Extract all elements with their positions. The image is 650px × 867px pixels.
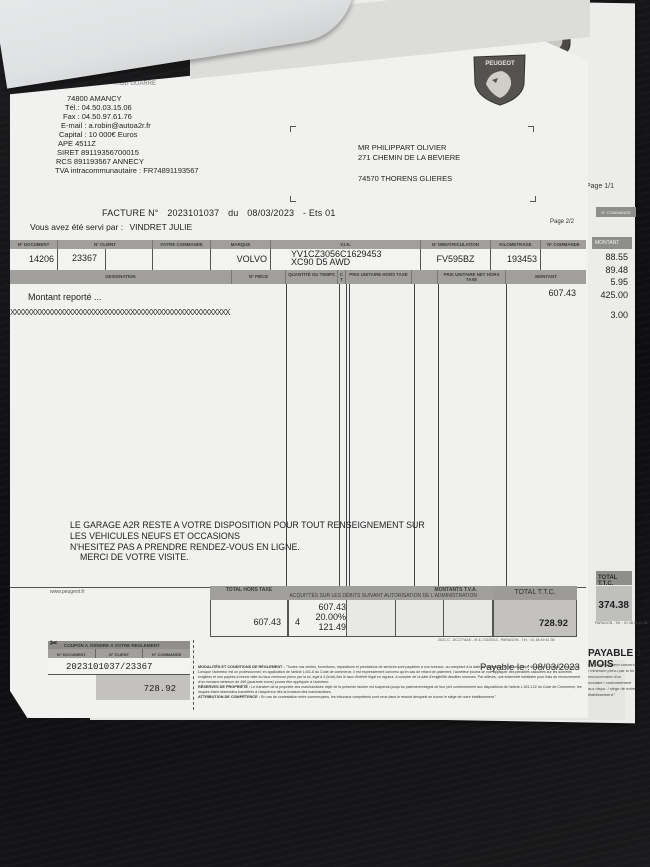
seller-ape: APE 4511Z	[58, 139, 199, 148]
message-line: N'HESITEZ PAS A PRENDRE RENDEZ-VOUS EN L…	[70, 542, 425, 553]
header-montant: MONTANT	[506, 270, 586, 284]
window-corner-mark	[290, 126, 296, 132]
coupon-header-client: N° CLIENT	[96, 649, 144, 658]
coupon-title-text: COUPON A JOINDRE A VOTRE REGLEMENT	[64, 643, 160, 648]
cell-client: 23367	[58, 249, 106, 270]
lines-table-header: DESIGNATION N° PIÈCE QUANTITÉ OU TEMPS C…	[10, 270, 586, 284]
back-header-commande: N° COMMANDE	[596, 207, 636, 217]
header-designation: DESIGNATION	[10, 270, 232, 284]
vehicle-table-header: N° DOCUMENT N° CLIENT VOTRE COMMANDE MAR…	[10, 240, 586, 249]
seller-email: E-mail : a.robin@autoa2r.fr	[61, 121, 199, 130]
tva-block: MONTANTS T.V.A. acquittés sur les débits…	[288, 586, 493, 636]
invoice-number: 2023101037	[167, 208, 219, 218]
montant-reporte-label: Montant reporté ...	[28, 292, 102, 302]
total-ttc-value: 728.92	[493, 600, 577, 637]
window-corner-mark	[530, 196, 536, 202]
total-ht-value: 607.43	[210, 600, 288, 637]
served-by-name: VINDRET JULIE	[129, 222, 192, 232]
seller-address: ...DU GUARRE 74800 AMANCY Tél.: 04.50.03…	[55, 94, 199, 175]
tva-sublabel: acquittés sur les débits suivant autoris…	[288, 594, 477, 600]
seller-rcs: RCS 891193567 ANNECY	[56, 157, 199, 166]
cell-marque: VOLVO	[211, 249, 271, 270]
back-amounts-list: 88.55 89.48 5.95 425.00 3.00	[598, 252, 628, 323]
invoice-title: FACTURE N° 2023101037 du 08/03/2023 - Et…	[102, 208, 342, 218]
back-form-code: PARAGON - Tél. : 01 48 49 41 36	[595, 621, 647, 625]
invoice-page: ...DU GUARRE 74800 AMANCY Tél.: 04.50.03…	[10, 40, 588, 718]
payment-coupon: ✂ COUPON A JOINDRE A VOTRE REGLEMENT N° …	[48, 641, 190, 700]
website-link[interactable]: www.peugeot.fr	[50, 589, 84, 595]
modalites-title: MODALITÉS ET CONDITIONS DE RÈGLEMENT :	[198, 665, 285, 669]
client-name: MR PHILIPPART OLIVIER	[358, 143, 460, 153]
client-address: MR PHILIPPART OLIVIER 271 CHEMIN DE LA B…	[358, 143, 460, 184]
page-number: Page 2/2	[550, 219, 574, 225]
svg-text:PEUGEOT: PEUGEOT	[485, 61, 515, 67]
cell-kilometrage: 193453	[491, 249, 541, 270]
cell-immatriculation: FV595BZ	[421, 249, 491, 270]
attribution-title: ATTRIBUTION DE COMPÉTENCE :	[198, 695, 260, 699]
tva-amount: 121.49	[309, 622, 346, 632]
cell-votre-commande	[153, 249, 211, 270]
seller-capital: Capital : 10 000€ Euros	[59, 130, 199, 139]
header-votre-commande: VOTRE COMMANDE	[153, 240, 211, 249]
window-corner-mark	[528, 126, 534, 132]
tva-base: 607.43	[309, 602, 346, 612]
header-commande: N° COMMANDE	[541, 240, 586, 249]
header-ct: C T	[338, 270, 346, 284]
payment-conditions: MODALITÉS ET CONDITIONS DE RÈGLEMENT : "…	[198, 665, 586, 700]
message-line: LES VEHICULES NEUFS ET OCCASIONS	[70, 531, 425, 542]
total-ttc-block: TOTAL T.T.C. 728.92	[493, 586, 577, 636]
back-total-ttc-value: 374.38	[596, 586, 632, 621]
message-line: MERCI DE VOTRE VISITE.	[80, 552, 425, 563]
tva-rate: 20.00%	[309, 612, 346, 622]
seller-city: 74800 AMANCY	[67, 94, 199, 103]
back-amount: 88.55	[598, 252, 628, 265]
cell-commande	[541, 249, 586, 270]
client-street: 271 CHEMIN DE LA BEVIERE	[358, 153, 460, 163]
header-prix-net: PRIX UNITAIRE NET HORS TAXE	[438, 270, 506, 284]
coupon-amount: 728.92	[96, 675, 190, 700]
invoice-label: FACTURE N°	[102, 208, 159, 218]
vehicle-info-table: N° DOCUMENT N° CLIENT VOTRE COMMANDE MAR…	[10, 240, 586, 271]
seller-siret: SIRET 89119356700015	[57, 148, 199, 157]
total-ht-label: TOTAL HORS TAXE	[210, 586, 288, 600]
back-amount: 3.00	[598, 310, 628, 323]
header-piece: N° PIÈCE	[232, 270, 286, 284]
message-line: LE GARAGE A2R RESTE A VOTRE DISPOSITION …	[70, 520, 425, 531]
back-header-montant: MONTANT	[592, 237, 632, 249]
cut-line	[193, 640, 194, 710]
montant-reporte-value: 607.43	[548, 288, 576, 298]
cell-document: 14206	[10, 249, 58, 270]
back-amount: 89.48	[598, 265, 628, 278]
filler-line: XXXXXXXXXXXXXXXXXXXXXXXXXXXXXXXXXXXXXXXX…	[10, 308, 229, 317]
header-kilometrage: KILOMETRAGE	[491, 240, 541, 249]
coupon-header: N° DOCUMENT N° CLIENT N° COMMANDE	[48, 649, 190, 658]
tva-values: 4 607.43 20.00% 121.49	[288, 600, 493, 637]
coupon-reference: 2023101037/23367	[48, 658, 190, 675]
coupon-header-commande: N° COMMANDE	[143, 649, 190, 658]
invoice-date: 08/03/2023	[247, 208, 294, 218]
total-ttc-label: TOTAL T.T.C.	[493, 586, 577, 600]
client-city: 74570 THORENS GLIERES	[358, 174, 460, 184]
vehicle-model: XC90 D5 AWD	[291, 258, 417, 266]
header-vin: V.I.N.	[271, 240, 421, 249]
scissors-icon: ✂	[50, 638, 58, 649]
attribution-text: En cas de contestation entre commerçants…	[261, 695, 496, 699]
served-by: Vous avez été servi par : VINDRET JULIE	[30, 222, 192, 232]
back-page-number: Page 1/1	[586, 183, 614, 190]
invoice-establishment: - Ets 01	[303, 208, 336, 218]
back-amount: 5.95	[598, 277, 628, 290]
seller-tel: Tél.: 04.50.03.15.06	[65, 103, 199, 112]
back-amount: 425.00	[598, 290, 628, 303]
total-ht-block: TOTAL HORS TAXE 607.43	[210, 586, 288, 636]
reserve-text: Le transfert de la propriété des marchan…	[198, 685, 582, 694]
coupon-title: ✂ COUPON A JOINDRE A VOTRE REGLEMENT	[48, 641, 190, 649]
seller-fax: Fax : 04.50.97.61.76	[63, 112, 199, 121]
tva-header: MONTANTS T.V.A. acquittés sur les débits…	[288, 586, 493, 600]
garage-message: LE GARAGE A2R RESTE A VOTRE DISPOSITION …	[70, 520, 425, 563]
peugeot-lion-shield-icon: PEUGEOT	[472, 54, 527, 106]
coupon-header-document: N° DOCUMENT	[48, 649, 96, 658]
header-marque: MARQUE	[211, 240, 271, 249]
seller-tva: TVA intracommunautaire : FR74891193567	[55, 166, 199, 175]
reserve-title: RÉSERVES DE PROPRIÉTÉ :	[198, 685, 250, 689]
header-document: N° DOCUMENT	[10, 240, 58, 249]
back-total-ttc-label: TOTAL T.T.C.	[596, 571, 632, 585]
invoice-du: du	[228, 208, 238, 218]
vehicle-table-row: 14206 23367 VOLVO YV1CZ3056C1629453 XC90…	[10, 249, 586, 271]
header-client: N° CLIENT	[58, 240, 153, 249]
window-corner-mark	[290, 196, 296, 202]
header-quantite: QUANTITÉ OU TEMPS	[286, 270, 338, 284]
form-code: 2021 C - DC177AAS - M & J 02/2013 - PARA…	[438, 638, 555, 642]
back-conditions: est expressément convenu / minimum prévu…	[588, 662, 636, 698]
tva-code: 4	[289, 600, 309, 636]
served-by-label: Vous avez été servi par :	[30, 222, 123, 232]
header-immatriculation: N° IMMATRICULATION	[421, 240, 491, 249]
cell-vin: YV1CZ3056C1629453 XC90 D5 AWD	[271, 249, 421, 270]
header-prix-unitaire: PRIX UNITAIRE HORS TAXE	[346, 270, 412, 284]
